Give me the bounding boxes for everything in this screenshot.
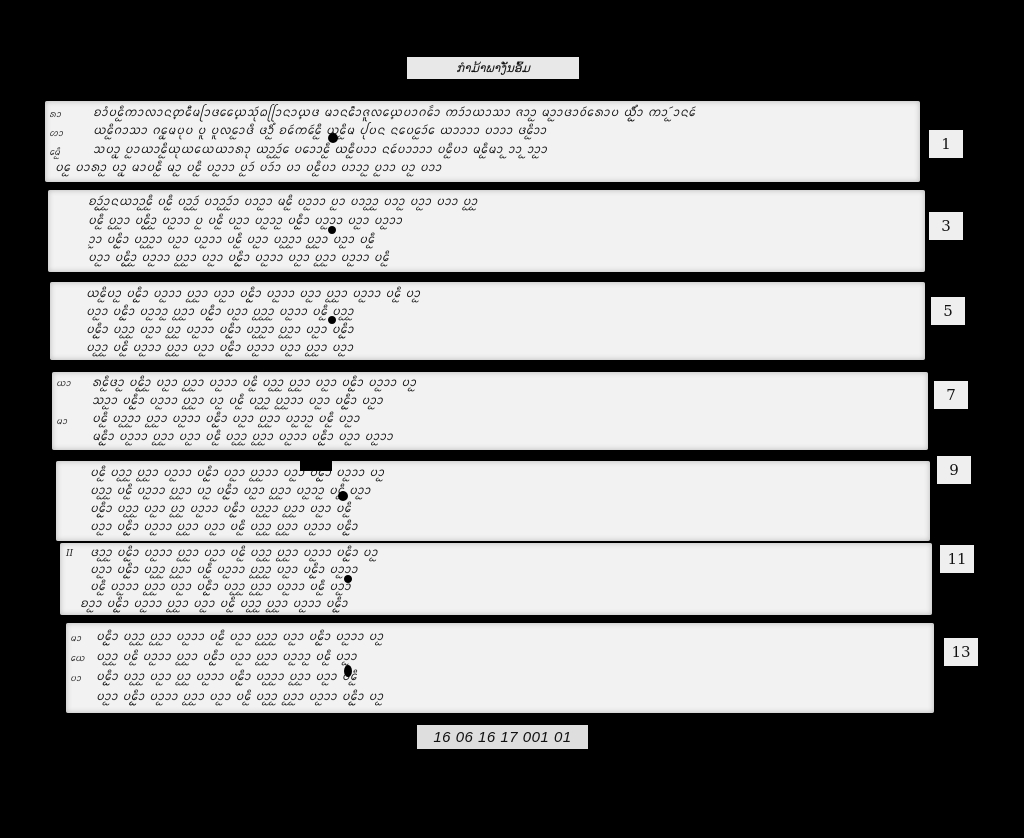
- catalog-number-label: 16 06 16 17 001 01: [417, 725, 588, 749]
- leaf-text-line: ᨷᩣᩬᩣᩬ ᨷᩮᩬᩥ ᨷᩣᩬᩣᩣ ᨷᩬᩣᩬᩣ ᨷᩣᩬᩣ ᨷᩮᩬᩥᩬᩣ ᨷᩣᩬᩣᩣ…: [86, 339, 925, 359]
- leaf-text-line: ᨷᩣᩬᩣ ᨷᩮᩬᩥᩬᩣ ᨷᩣᩬᩣᩣ ᨷᩬᩣᩬᩣ ᨷᩣᩬᩣ ᨷᩮᩬᩥ ᨷᩣᩬᩣᩬ …: [90, 518, 930, 538]
- page-number-label: 1: [929, 130, 963, 158]
- leaf-text-line: ᨷᩮᩬ ᨷᩣᩁᩣᩬ ᨷᩣᩩᩬ ᨾᩣᨷᩮᩬᩥ ᨾᩣᩬ ᨷᩮᩬᩥ ᨷᩣᩬᩣᩣ ᨷᩬᩣ…: [55, 159, 920, 179]
- leaf-text-line: ᩈᩣᩬᩣ ᨷᩮᩬᩥᩬᩣ ᨷᩣᩬᩣᩣ ᨷᩬᩣᩬᩣ ᨷᩣᩬ ᨷᩮᩬᩥ ᨷᩣᩬᩣᩬ ᨷ…: [92, 392, 928, 412]
- page-number-label: 5: [931, 297, 965, 325]
- page-number-label: 7: [934, 381, 968, 409]
- leaf-text-line: ᩬᩣᩬᩣ ᨷᩮᩬᩥᩬᩣ ᨷᩣᩬᩣᩬᩣ ᨷᩣᩬᩣ ᨷᩣᩬᩣᩣ ᨷᩮᩬᩥ ᨷᩣᩬᩣ …: [88, 231, 925, 251]
- margin-note: ᨿᩮ: [70, 651, 85, 666]
- leaf-text-line: ᨷᩮᩬᩥ ᨷᩬᩣᩬᩣ ᨷᩮᩬᩥᩬᩣᩬ ᨷᩣᩬᩣᩣ ᨷᩬ ᨷᩮᩬᩥ ᨷᩣᩬᩣ ᨷᩣ…: [88, 212, 925, 232]
- leaf-text-line: ᨷᩮᩬᩥ ᨷᩣᩬᩣᩬᩣ ᨷᩬᩣᩬᩣ ᨷᩣᩬᩣᩣ ᨷᩮᩬᩥᩬᩣ ᨷᩣᩬᩣ ᨷᩬᩣᩬ…: [92, 410, 928, 430]
- margin-note: II: [66, 549, 73, 559]
- binding-hole: [328, 316, 336, 324]
- leaf-text-line: ᨷᩣᩬᩣ ᨷᩮᩬᩥᩬᩣ ᨷᩣᩬᩣᩣᩬ ᨷᩬᩣᩬᩣ ᨷᩮᩬᩥᩬᩣ ᨷᩣᩬᩣ ᨷᩬᩣ…: [86, 303, 925, 323]
- palm-leaf-5: ᨿᩮᩬᩥᨷᩣᩬ ᨷᩮᩬᩥᩬᩣ ᨷᩣᩬᩣᩣ ᨷᩬᩣᩬᩣ ᨷᩣᩬᩣ ᨷᩮᩬᩥᩬᩣ ᨷ…: [50, 282, 925, 360]
- binding-hole: [344, 575, 352, 583]
- manuscript-title-label: ກຳມ້າພາງັ່ນອົ້ມ: [407, 57, 579, 79]
- leaf-text-line: ᨷᩣᩬᩣᩬ ᨷᩮᩬᩥ ᨷᩣᩬᩣᩣ ᨷᩬᩣᩬᩣ ᨷᩮᩬᩥᩬᩣ ᨷᩣᩬᩣ ᨷᩬᩣᩬᩣ…: [96, 648, 934, 668]
- page-number-label: 13: [944, 638, 978, 666]
- leaf-text-line: ᨧᩣᩴᨷᩮᩬᩥᨠᩣᩃᩣᨶ᩠ᨲᩮᩢᩥᨾᩕᩣᨴᩯ᩠ᨿᩈᩩᩢᨵᩕᩕᩣᨶᩣ᩠ᨿᨴ ᨾᩣᨶ…: [93, 104, 920, 124]
- leaf-text-line: ᩁᩮᩬᩥᨴᩣᩬ ᨷᩮᩬᩥᩬᩣᩬ ᨷᩣᩬᩣ ᨷᩬᩣᩬᩣ ᨷᩣᩬᩣᩣ ᨷᩮᩬᩥ ᨷᩣ…: [92, 374, 928, 394]
- leaf-text-line: ᨷᩮᩬᩥᩬᩣ ᨷᩣᩬᩣᩬ ᨷᩣᩬᩣ ᨷᩬᩣᩬ ᨷᩣᩬᩣᩣ ᨷᩮᩬᩥᩬᩣ ᨷᩣᩬᩣ…: [96, 668, 934, 688]
- leaf-text-line: ᨷᩣᩬᩣ ᨷᩮᩬᩥᩬᩣ ᨷᩣᩬᩣᩣ ᨷᩬᩣᩬᩣ ᨷᩣᩬᩣ ᨷᩮᩬᩥ ᨷᩣᩬᩣᩬ …: [96, 688, 934, 708]
- binding-hole: [328, 226, 336, 234]
- leaf-text-line: ᨷᩮᩬᩥᩬᩣ ᨷᩣᩬᩣᩬ ᨷᩣᩬᩣ ᨷᩬᩣᩬ ᨷᩣᩬᩣᩣ ᨷᩮᩬᩥᩬᩣ ᨷᩣᩬᩣ…: [86, 321, 925, 341]
- palm-leaf-13: ᨾᩣ ᨿᩮ ᨷᩣ ᨷᩮᩬᩥᩬᩣ ᨷᩣᩬᩣᩬ ᨷᩬᩣᩬᩣ ᨷᩣᩬᩣᩣ ᨷᩮᩬᩥ ᨷ…: [66, 623, 934, 713]
- leaf-text-line: ᨷᩮᩬᩥᩬᩣ ᨷᩣᩬᩣᩬ ᨷᩬᩣᩬᩣ ᨷᩣᩬᩣᩣ ᨷᩮᩬᩥ ᨷᩣᩬᩣ ᨷᩬᩣᩬᩣ…: [96, 628, 934, 648]
- leaf-text-line: ᩈᨷᩣᩩᩬ ᨷᩬᩣᨿᩣᩮᩬᩥᨿᩩᨿᩮᨿᨿᩣᩁᩣᩩ ᨿᩣᩬᩣᩬᩢᩮ ᨷᩮᩣᩣᩮᩬᩥ…: [93, 141, 920, 161]
- leaf-text-line: ᨿᩮᩬᩥᨷᩣᩬ ᨷᩮᩬᩥᩬᩣ ᨷᩣᩬᩣᩣ ᨷᩬᩣᩬᩣ ᨷᩣᩬᩣ ᨷᩮᩬᩥᩬᩣ ᨷ…: [86, 285, 925, 305]
- margin-note: ᨾᩣ: [56, 414, 67, 429]
- palm-leaf-9: ᨷᩮᩬᩥ ᨷᩣᩬᩣᩬ ᨷᩬᩣᩬᩣ ᨷᩣᩬᩣᩣ ᨷᩮᩬᩥᩬᩣ ᨷᩣᩬᩣ ᨷᩬᩣᩬᩣ…: [56, 461, 930, 541]
- margin-note: ᨾᩣ: [70, 631, 81, 646]
- margin-note: ᩉᩣ: [49, 126, 63, 141]
- margin-note: ᨷᩣ: [70, 671, 81, 686]
- palm-leaf-11: II ᨴᩣᩬᩣᩬ ᨷᩮᩬᩥᩬᩣ ᨷᩣᩬᩣᩣ ᨷᩬᩣᩬᩣ ᨷᩣᩬᩣ ᨷᩮᩬᩥ ᨷᩣ…: [60, 543, 932, 615]
- leaf-text-line: ᨾᩮᩬᩥᩬᩣ ᨷᩣᩬᩣᩣ ᨷᩬᩣᩬᩣ ᨷᩣᩬᩣ ᨷᩮᩬᩥ ᨷᩣᩬᩣᩬ ᨷᩬᩣᩬᩣ…: [92, 428, 928, 448]
- page-number-label: 3: [929, 212, 963, 240]
- margin-note: ᨿᩣ: [56, 376, 71, 391]
- leaf-text-line: ᨷᩮᩬᩥᩬᩣ ᨷᩣᩬᩣᩬ ᨷᩣᩬᩣ ᨷᩬᩣᩬ ᨷᩣᩬᩣᩣ ᨷᩮᩬᩥᩬᩣ ᨷᩣᩬᩣ…: [90, 500, 930, 520]
- palm-leaf-1: ᩁᩣ ᩉᩣ ᨾᩮᩬᩥ ᨧᩣᩴᨷᩮᩬᩥᨠᩣᩃᩣᨶ᩠ᨲᩮᩢᩥᨾᩕᩣᨴᩯ᩠ᨿᩈᩩᩢᨵᩕ…: [45, 101, 920, 182]
- leaf-text-line: ᨷᩣᩬᩣᩬ ᨷᩮᩬᩥ ᨷᩣᩬᩣᩣ ᨷᩬᩣᩬᩣ ᨷᩣᩬ ᨷᩮᩬᩥᩬᩣ ᨷᩣᩬᩣ ᨷ…: [90, 482, 930, 502]
- page-number-label: 9: [937, 456, 971, 484]
- margin-note: ᨾᩮᩬᩥ: [49, 145, 60, 160]
- leaf-text-line: ᨧᩣᩬᩢᩬᩣᩬᨶᨿᩣᩣᩬᩮᩬᩥ ᨷᩮᩬᩥ ᨷᩣᩬᩣᩬᩢ ᨷᩣᩣᩬᩣᩢᩬᩣ ᨷᩣᩣ…: [88, 193, 925, 213]
- margin-note: ᩁᩣ: [49, 107, 61, 122]
- page-number-label: 11: [940, 545, 974, 573]
- leaf-text-line: ᨷᩣᩬᩣ ᨷᩮᩬᩥᩬᩣᩬ ᨷᩣᩬᩣᩣ ᨷᩬᩣᩬᩣ ᨷᩣᩬᩣ ᨷᩮᩬᩥᩬᩣ ᨷᩣᩬ…: [88, 249, 925, 269]
- binding-hole: [344, 665, 352, 677]
- leaf-text-line: ᨧᩣᩬᩣ ᨷᩮᩬᩥᩬᩣ ᨷᩣᩬᩣᩣ ᨷᩬᩣᩬᩣ ᨷᩣᩬᩣ ᨷᩮᩬᩥ ᨷᩣᩬᩣᩬ …: [80, 595, 932, 615]
- binding-hole: [338, 491, 348, 501]
- binding-hole: [328, 133, 338, 143]
- leaf-text-line: ᨿᩮᩬᩥᨣᩣᩈᩣ ᨣᩮᩬᩩᨾᨷᩩᨷ ᨷᩪ ᨷᩪᩃᩮᩬᩣᨴᩥ ᨴᩣᩬᩥᩴ ᨧᩮᩢᨠ…: [93, 122, 920, 142]
- palm-leaf-7: ᨿᩣ ᨾᩣ ᩁᩮᩬᩥᨴᩣᩬ ᨷᩮᩬᩥᩬᩣᩬ ᨷᩣᩬᩣ ᨷᩬᩣᩬᩣ ᨷᩣᩬᩣᩣ ᨷ…: [52, 372, 928, 450]
- palm-leaf-3: ᨧᩣᩬᩢᩬᩣᩬᨶᨿᩣᩣᩬᩮᩬᩥ ᨷᩮᩬᩥ ᨷᩣᩬᩣᩬᩢ ᨷᩣᩣᩬᩣᩢᩬᩣ ᨷᩣᩣ…: [48, 190, 925, 272]
- leaf-damage: [300, 461, 332, 471]
- leaf-text-line: ᨷᩮᩬᩥ ᨷᩣᩬᩣᩬ ᨷᩬᩣᩬᩣ ᨷᩣᩬᩣᩣ ᨷᩮᩬᩥᩬᩣ ᨷᩣᩬᩣ ᨷᩬᩣᩬᩣ…: [90, 464, 930, 484]
